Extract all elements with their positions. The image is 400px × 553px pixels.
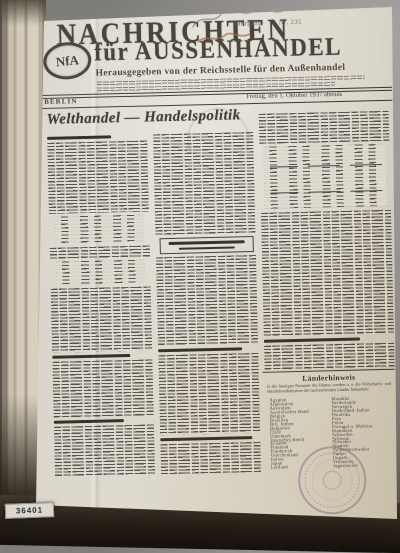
numeric-table [56, 260, 145, 286]
simulated-paragraph [54, 424, 155, 476]
laenderhinweis-intro: In der heutigen Nummer des Blattes werde… [267, 382, 391, 395]
heading-bar [54, 419, 124, 423]
simulated-paragraph [158, 353, 260, 435]
newspaper-page: NACHRICHTEN NfA für AUSSENHANDEL Jahrgan… [0, 0, 400, 533]
heading-bar [47, 135, 111, 139]
simulated-paragraph [52, 359, 153, 417]
heading-bar [179, 246, 235, 250]
round-ink-stamp [294, 442, 370, 518]
simulated-paragraph [264, 343, 395, 370]
heading-bar [158, 347, 242, 352]
simulated-paragraph [47, 140, 149, 213]
simulated-paragraph [259, 111, 390, 144]
dateline-date: Freitag, den 1. Oktober 1937 abends [246, 91, 342, 100]
archive-number-sticker: 36401 [5, 502, 54, 519]
heading-bar [160, 436, 252, 441]
red-pencil-mark [195, 29, 257, 48]
heading-bar [52, 354, 130, 358]
simulated-paragraph [51, 286, 152, 352]
simulated-paragraph [50, 245, 150, 258]
heading-bar [264, 338, 360, 343]
dateline-place: BERLIN [44, 98, 77, 106]
numeric-table [263, 144, 386, 209]
simulated-paragraph [156, 255, 258, 346]
heading-bar [169, 240, 245, 244]
boxed-heading [160, 236, 254, 254]
page-content: NACHRICHTEN NfA für AUSSENHANDEL Jahrgan… [0, 0, 400, 533]
numeric-table [55, 215, 144, 245]
simulated-paragraph [160, 442, 261, 474]
simulated-paragraph [261, 210, 394, 337]
simulated-paragraph [153, 132, 255, 236]
